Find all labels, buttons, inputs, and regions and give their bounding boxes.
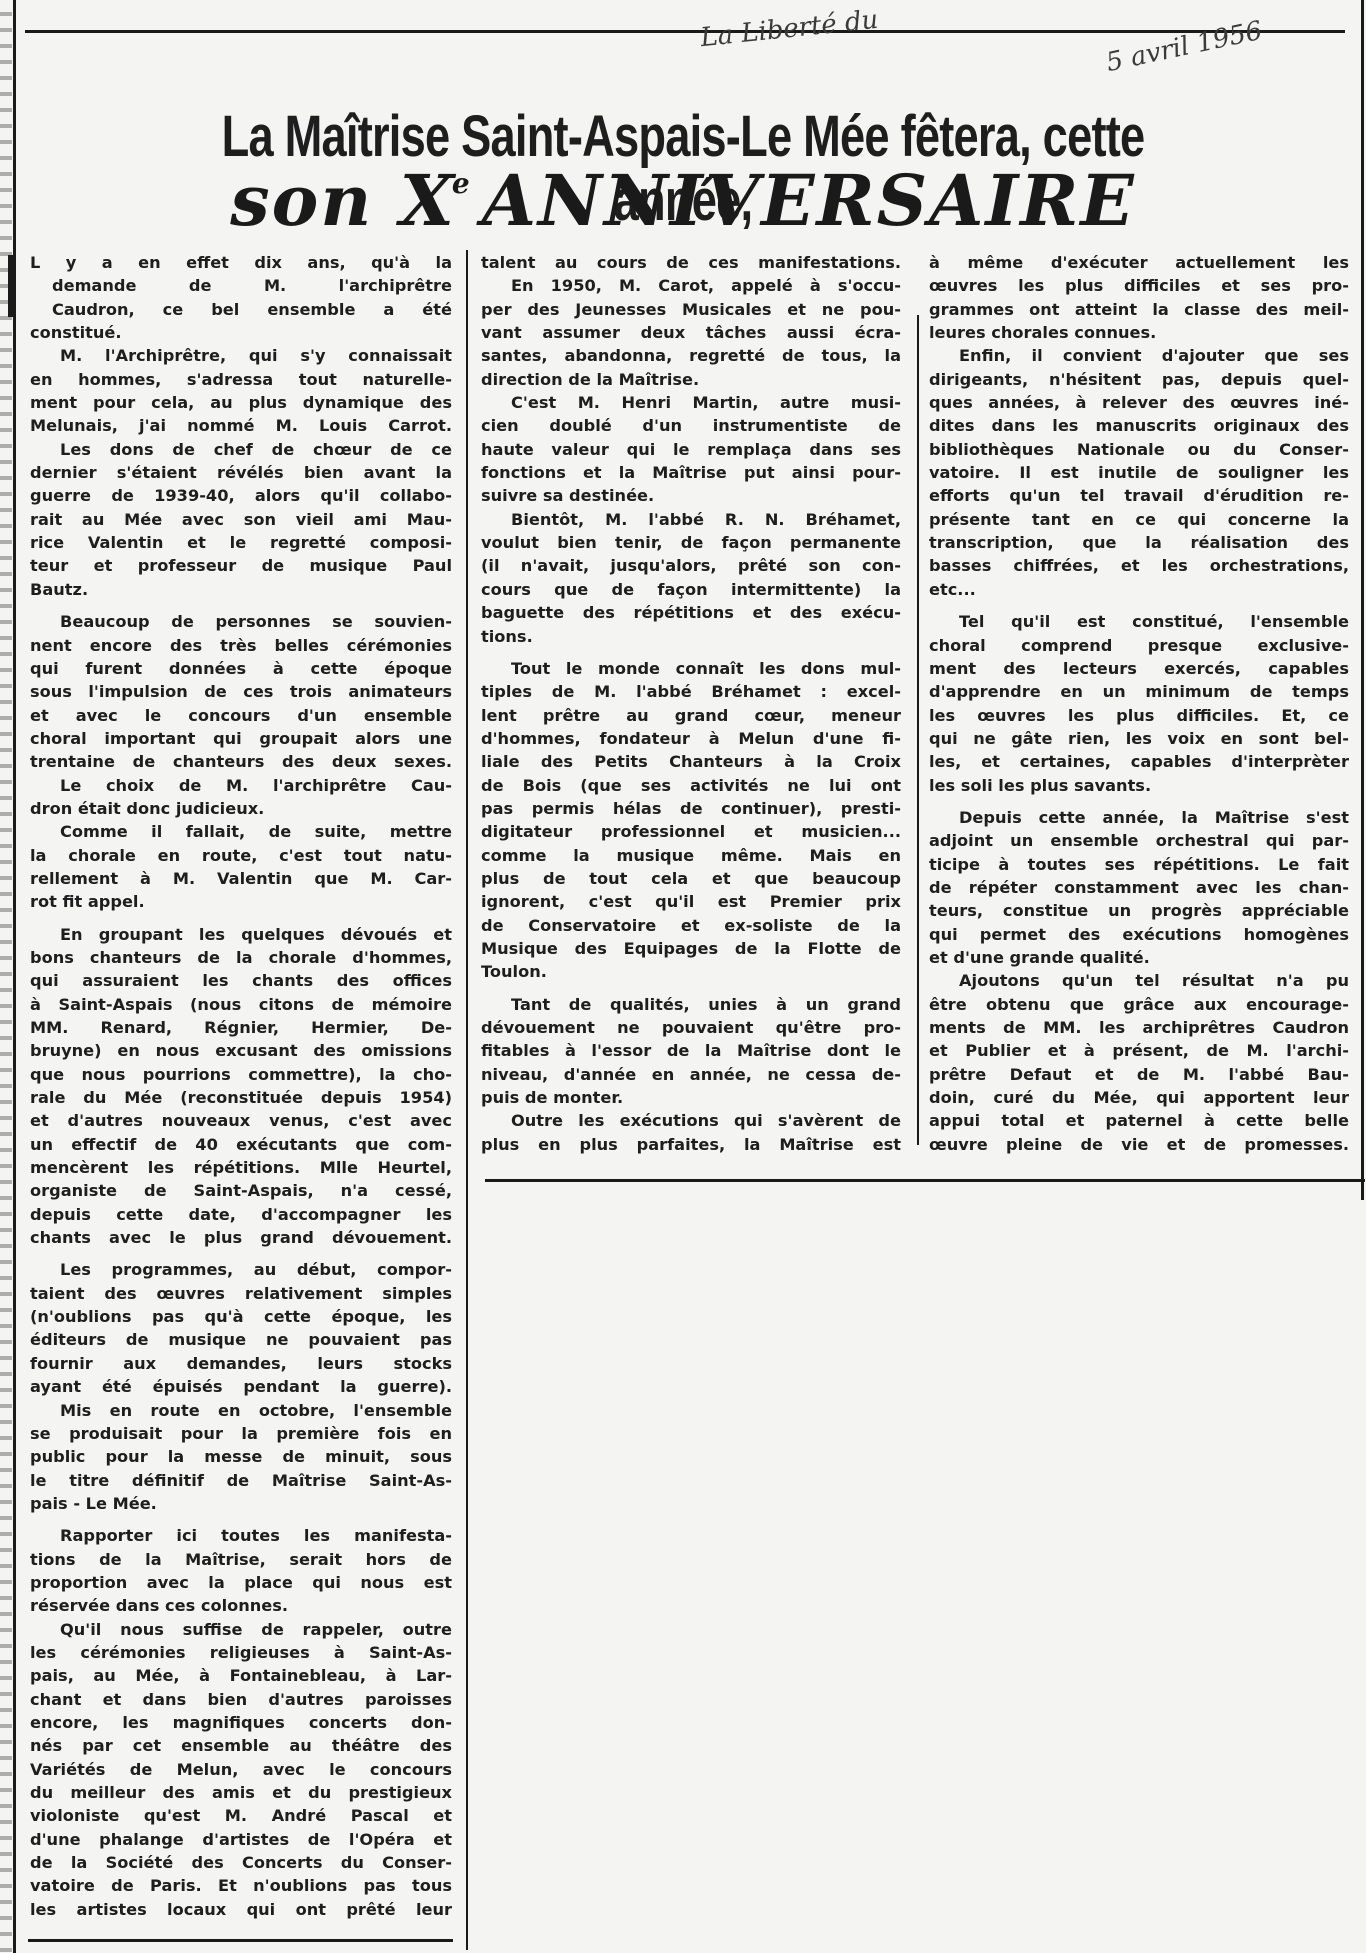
text-line: pais - Le Mée. [30,1492,452,1515]
text-line: M. l'Archiprêtre, qui s'y connaissait [30,344,452,367]
text-line: depuis cette date, d'accompagner les [30,1203,452,1226]
text-line: qui furent données à cette époque [30,657,452,680]
text-line: talent au cours de ces manifestations. [481,251,901,274]
text-line: œuvres les plus difficiles et ses pro- [929,274,1349,297]
text-line: de répéter constamment avec les chan- [929,876,1349,899]
text-line: basses chiffrées, et les orchestrations, [929,554,1349,577]
handwritten-source-note: La Liberté du [699,5,880,54]
text-line: comme la musique même. Mais en [481,844,901,867]
text-line: Melunais, j'ai nommé M. Louis Carrot. [30,414,452,437]
text-line: L y a en effet dix ans, qu'à la [30,251,452,274]
text-line: Le choix de M. l'archiprêtre Cau- [30,774,452,797]
text-line: prêtre Defaut et de M. l'abbé Bau- [929,1063,1349,1086]
drop-cap-i [8,255,16,317]
text-line: public pour la messe de minuit, sous [30,1445,452,1468]
handwritten-date-note: 5 avril 1956 [1104,16,1265,78]
paragraph-gap [481,984,901,993]
text-line: guerre de 1939-40, alors qu'il collabo- [30,484,452,507]
text-line: que nous pourrions commettre), la cho- [30,1063,452,1086]
text-line: puis de monter. [481,1086,901,1109]
headline-superscript: e [452,167,472,200]
text-line: du meilleur des amis et du prestigieux [30,1781,452,1804]
text-line: MM. Renard, Régnier, Hermier, De- [30,1016,452,1039]
text-line: d'hommes, fondateur à Melun d'une fi- [481,727,901,750]
text-line: d'une phalange d'artistes de l'Opéra et [30,1828,452,1851]
text-line: Mis en route en octobre, l'ensemble [30,1399,452,1422]
text-line: liale des Petits Chanteurs à la Croix [481,750,901,773]
text-line: tiples de M. l'abbé Bréhamet : excel- [481,680,901,703]
text-line: de Conservatoire et ex-soliste de la [481,914,901,937]
paragraph-gap [30,914,452,923]
text-line: qui ne gâte rien, les voix en sont bel- [929,727,1349,750]
text-line: le titre définitif de Maîtrise Saint-As- [30,1469,452,1492]
text-line: demande de M. l'archiprêtre [30,274,452,297]
text-line: Caudron, ce bel ensemble a été [30,298,452,321]
text-line: et d'autres nouveaux venus, c'est avec [30,1109,452,1132]
text-line: violoniste qu'est M. André Pascal et [30,1804,452,1827]
text-line: lent prêtre au grand cœur, meneur [481,704,901,727]
text-line: de Bois (que ses activités ne lui ont [481,774,901,797]
text-line: (il n'avait, jusqu'alors, prêté son con- [481,554,901,577]
text-line: organiste de Saint-Aspais, n'a cessé, [30,1179,452,1202]
text-line: pas permis hélas de continuer), presti- [481,797,901,820]
text-line: trentaine de chanteurs des deux sexes. [30,750,452,773]
text-line: Toulon. [481,960,901,983]
text-line: rait au Mée avec son vieil ami Mau- [30,508,452,531]
text-line: les soli les plus savants. [929,774,1349,797]
text-line: vant assumer deux tâches aussi écra- [481,321,901,344]
text-line: tions de la Maîtrise, serait hors de [30,1548,452,1571]
text-line: Variétés de Melun, avec le concours [30,1758,452,1781]
column-divider-1 [466,250,468,1950]
text-line: sous l'impulsion de ces trois animateurs [30,680,452,703]
text-line: dévouement ne pouvaient qu'être pro- [481,1016,901,1039]
text-line: bibliothèques Nationale ou du Conser- [929,438,1349,461]
text-line: se produisait pour la première fois en [30,1422,452,1445]
text-line: efforts qu'un tel travail d'érudition re… [929,484,1349,507]
text-line: fonctions et la Maîtrise put ainsi pour- [481,461,901,484]
text-line: la chorale en route, c'est tout natu- [30,844,452,867]
headline-prefix: son X [230,159,456,242]
article-column-3: à même d'exécuter actuellement lesœuvres… [929,251,1349,1156]
text-line: niveau, d'année en année, ne cessa de- [481,1063,901,1086]
text-line: haute valeur qui le remplaça dans ses [481,438,901,461]
text-line: éditeurs de musique ne pouvaient pas [30,1328,452,1351]
text-line: cien doublé d'un instrumentiste de [481,414,901,437]
text-line: d'apprendre en un minimum de temps [929,680,1349,703]
text-line: à même d'exécuter actuellement les [929,251,1349,274]
text-line: fournir aux demandes, leurs stocks [30,1352,452,1375]
text-line: dirigeants, n'hésitent pas, depuis quel- [929,368,1349,391]
text-line: les cérémonies religieuses à Saint-As- [30,1641,452,1664]
text-line: les œuvres les plus difficiles. Et, ce [929,704,1349,727]
text-line: leures chorales connues. [929,321,1349,344]
text-line: proportion avec la place qui nous est [30,1571,452,1594]
text-line: Depuis cette année, la Maîtrise s'est [929,806,1349,829]
text-line: en hommes, s'adressa tout naturelle- [30,368,452,391]
text-line: (n'oublions pas qu'à cette époque, les [30,1305,452,1328]
text-line: plus en plus parfaites, la Maîtrise est [481,1133,901,1156]
text-line: voulut bien tenir, de façon permanente [481,531,901,554]
text-line: Les dons de chef de chœur de ce [30,438,452,461]
text-line: Les programmes, au début, compor- [30,1258,452,1281]
text-line: et avec le concours d'un ensemble [30,704,452,727]
text-line: En 1950, M. Carot, appelé à s'occu- [481,274,901,297]
text-line: présente tant en ce qui concerne la [929,508,1349,531]
text-line: ayant été épuisés pendant la guerre). [30,1375,452,1398]
text-line: doin, curé du Mée, qui apportent leur [929,1086,1349,1109]
text-line: ment des lecteurs exercés, capables [929,657,1349,680]
text-line: C'est M. Henri Martin, autre musi- [481,391,901,414]
text-line: œuvre pleine de vie et de promesses. [929,1133,1349,1156]
headline-line-2: son XeANNIVERSAIRE [0,146,1366,239]
text-line: bruyne) en nous excusant des omissions [30,1039,452,1062]
text-line: bons chanteurs de la chorale d'hommes, [30,946,452,969]
paragraph-gap [30,1249,452,1258]
text-line: adjoint un ensemble orchestral qui par- [929,829,1349,852]
paragraph-gap [929,601,1349,610]
text-line: nent encore des très belles cérémonies [30,634,452,657]
text-line: être obtenu que grâce aux encourage- [929,993,1349,1016]
text-line: rellement à M. Valentin que M. Car- [30,867,452,890]
text-line: qui permet des exécutions homogènes [929,923,1349,946]
text-line: digitateur professionnel et musicien... [481,820,901,843]
text-line: ticipe à toutes ses répétitions. Le fait [929,853,1349,876]
text-line: et d'une grande qualité. [929,946,1349,969]
top-rule [25,30,1345,33]
text-line: nés par cet ensemble au théâtre des [30,1734,452,1757]
text-line: rot fit appel. [30,890,452,913]
text-line: les artistes locaux qui ont prêté leur [30,1898,452,1921]
text-line: ques années, à relever des œuvres iné- [929,391,1349,414]
text-line: direction de la Maîtrise. [481,368,901,391]
text-line: Rapporter ici toutes les manifesta- [30,1524,452,1547]
text-line: un effectif de 40 exécutants que com- [30,1133,452,1156]
text-line: vatoire de Paris. Et n'oublions pas tous [30,1874,452,1897]
text-line: Ajoutons qu'un tel résultat n'a pu [929,969,1349,992]
text-line: Enfin, il convient d'ajouter que ses [929,344,1349,367]
text-line: vatoire. Il est inutile de souligner les [929,461,1349,484]
text-line: etc... [929,578,1349,601]
text-line: ments de MM. les archiprêtres Caudron [929,1016,1349,1039]
text-line: grammes ont atteint la classe des meil- [929,298,1349,321]
text-line: encore, les magnifiques concerts don- [30,1711,452,1734]
text-line: teurs, constitue un progrès appréciable [929,899,1349,922]
text-line: chant et dans bien d'autres paroisses [30,1688,452,1711]
paragraph-gap [481,648,901,657]
article-column-2: talent au cours de ces manifestations.En… [481,251,901,1156]
text-line: baguette des répétitions et des exécu- [481,601,901,624]
column-divider-2 [917,315,919,1145]
text-line: teur et professeur de musique Paul [30,554,452,577]
text-line: à Saint-Aspais (nous citons de mémoire [30,993,452,1016]
text-line: pais, au Mée, à Fontainebleau, à Lar- [30,1664,452,1687]
paragraph-gap [929,797,1349,806]
text-line: choral important qui groupait alors une [30,727,452,750]
text-line: Bautz. [30,578,452,601]
text-line: les, et certaines, capables d'interprète… [929,750,1349,773]
text-line: Tel qu'il est constitué, l'ensemble [929,610,1349,633]
paragraph-gap [30,1515,452,1524]
text-line: dites dans les manuscrits originaux des [929,414,1349,437]
text-line: ment pour cela, au plus dynamique des [30,391,452,414]
text-line: per des Jeunesses Musicales et ne pou- [481,298,901,321]
text-line: tions. [481,625,901,648]
text-line: Qu'il nous suffise de rappeler, outre [30,1618,452,1641]
text-line: rice Valentin et le regretté composi- [30,531,452,554]
text-line: qui assuraient les chants des offices [30,969,452,992]
text-line: plus de tout cela et que beaucoup [481,867,901,890]
text-line: rale du Mée (reconstituée depuis 1954) [30,1086,452,1109]
text-line: Tant de qualités, unies à un grand [481,993,901,1016]
text-line: Beaucoup de personnes se souvien- [30,610,452,633]
text-line: dernier s'étaient révélés bien avant la [30,461,452,484]
text-line: suivre sa destinée. [481,484,901,507]
text-line: Outre les exécutions qui s'avèrent de [481,1109,901,1132]
text-line: transcription, que la réalisation des [929,531,1349,554]
text-line: mencèrent les répétitions. Mlle Heurtel, [30,1156,452,1179]
text-line: taient des œuvres relativement simples [30,1282,452,1305]
text-line: constitué. [30,321,452,344]
text-line: ignorent, c'est qu'il est Premier prix [481,890,901,913]
text-line: chants avec le plus grand dévouement. [30,1226,452,1249]
text-line: cours que de façon intermittente) la [481,578,901,601]
text-line: et Publier et à présent, de M. l'archi- [929,1039,1349,1062]
article-column-1: L y a en effet dix ans, qu'à lademande d… [30,251,452,1921]
column-2-bottom-rule [485,1179,1365,1182]
text-line: En groupant les quelques dévoués et [30,923,452,946]
text-line: santes, abandonna, regretté de tous, la [481,344,901,367]
text-line: choral comprend presque exclusive- [929,634,1349,657]
text-line: Musique des Equipages de la Flotte de [481,937,901,960]
paragraph-gap [30,601,452,610]
text-line: Comme il fallait, de suite, mettre [30,820,452,843]
text-line: appui total et paternel à cette belle [929,1109,1349,1132]
text-line: de la Société des Concerts du Conser- [30,1851,452,1874]
text-line: fitables à l'essor de la Maîtrise dont l… [481,1039,901,1062]
text-line: réservée dans ces colonnes. [30,1594,452,1617]
headline-anniversaire: ANNIVERSAIRE [482,159,1136,242]
text-line: Bientôt, M. l'abbé R. N. Bréhamet, [481,508,901,531]
text-line: Tout le monde connaît les dons mul- [481,657,901,680]
text-line: dron était donc judicieux. [30,797,452,820]
column-1-bottom-rule [28,1939,453,1942]
